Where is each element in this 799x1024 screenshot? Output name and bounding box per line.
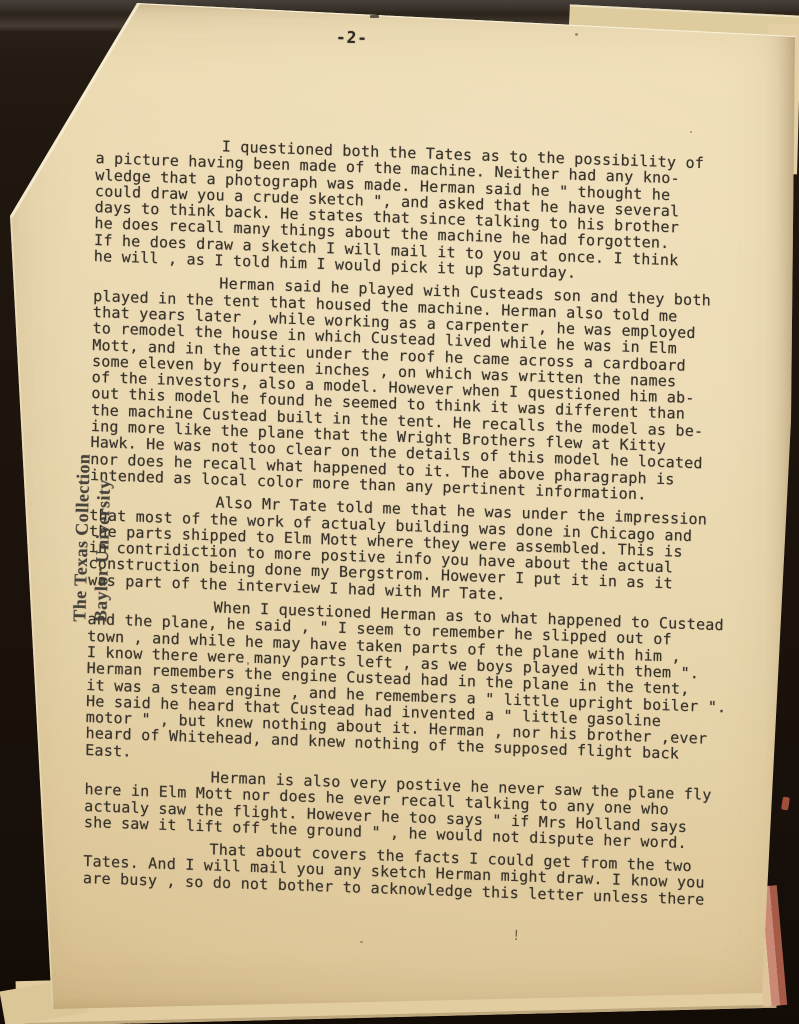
archive-stamp: The Texas Collection Baylor University <box>69 415 116 622</box>
paper-speck <box>302 243 305 246</box>
paragraph: Also Mr Tate told me that he was under t… <box>88 490 761 611</box>
photo-scene: -2- I questioned both the Tates as to th… <box>0 0 799 1024</box>
letter-page: -2- I questioned both the Tates as to th… <box>0 0 799 1024</box>
paragraph: I questioned both the Tates as to the po… <box>94 134 768 288</box>
stray-mark: ! <box>512 928 521 944</box>
paper-speck <box>247 662 249 665</box>
paper-speck <box>690 131 692 133</box>
paper-speck <box>360 941 363 943</box>
red-paper-edge-mark <box>781 797 790 811</box>
paper-speck <box>250 181 252 183</box>
paper-speck <box>370 15 379 18</box>
paragraph: When I questioned Herman as to what happ… <box>85 595 759 781</box>
typed-text: I questioned both the Tates as to the po… <box>83 134 768 917</box>
paragraph: Herman said he played with Custeads son … <box>90 271 765 506</box>
page-number: -2- <box>336 27 369 47</box>
paper-speck <box>575 33 578 36</box>
